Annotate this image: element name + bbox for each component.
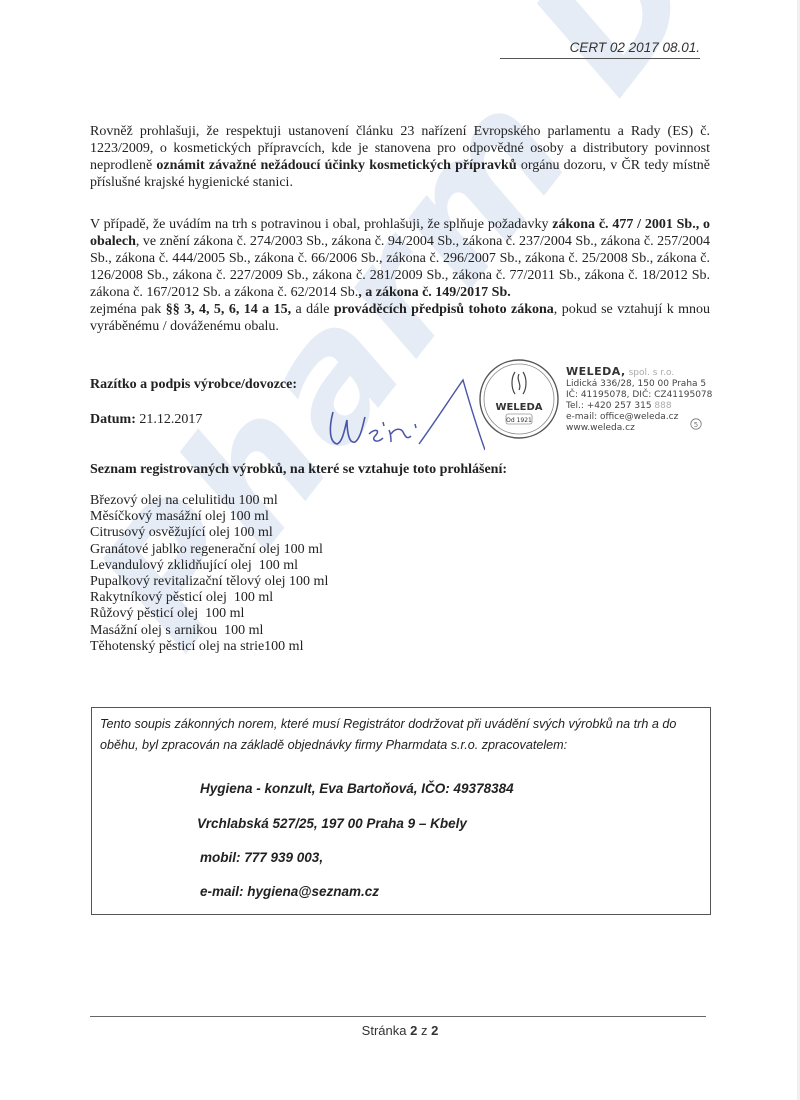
products-heading: Seznam registrovaných výrobků, na které … [90,462,507,478]
document-reference: CERT 02 2017 08.01. [500,40,700,59]
product-list: Březový olej na celulitidu 100 ml Měsíčk… [90,493,328,655]
processor-email: e-mail: hygiena@seznam.cz [200,884,379,899]
processor-notice-box: Tento soupis zákonných norem, které musí… [91,707,711,915]
processor-mobile: mobil: 777 939 003, [200,850,323,865]
svg-text:5: 5 [694,421,698,429]
weleda-logo-stamp: WELEDA Od 1921 [478,358,560,440]
stamp-signature-label: Razítko a podpis výrobce/dovozce: [90,377,297,393]
list-item: Těhotenský pěsticí olej na strie100 ml [90,639,328,655]
date-field: Datum: 21.12.2017 [90,412,202,428]
list-item: Březový olej na celulitidu 100 ml [90,493,328,509]
paragraph-cosmetics-declaration: Rovněž prohlašuji, že respektuji ustanov… [90,123,710,191]
paragraph-packaging-declaration: V případě, že uvádím na trh s potravinou… [90,216,710,335]
list-item: Levandulový zklidňující olej 100 ml [90,558,328,574]
emphasis-report-adverse-effects: oznámit závažné nežádoucí účinky kosmeti… [156,158,516,173]
notice-intro: Tento soupis zákonných norem, které musí… [100,714,705,756]
svg-text:WELEDA: WELEDA [495,402,542,413]
footer-divider [90,1016,706,1017]
stamp-ids: IČ: 41195078, DIČ: CZ41195078 [566,390,712,401]
list-item: Granátové jablko regenerační olej 100 ml [90,542,328,558]
handwritten-signature [325,372,485,462]
date-value: 21.12.2017 [139,412,202,427]
processor-name: Hygiena - konzult, Eva Bartoňová, IČO: 4… [200,781,514,796]
processor-address: Vrchlabská 527/25, 197 00 Praha 9 – Kbel… [197,816,467,831]
list-item: Rakytníkový pěsticí olej 100 ml [90,590,328,606]
stamp-company-name: WELEDA, [566,365,626,378]
list-item: Masážní olej s arnikou 100 ml [90,623,328,639]
page-number: Stránka 2 z 2 [0,1023,800,1038]
list-item: Měsíčkový masážní olej 100 ml [90,509,328,525]
stamp-number-badge: 5 [690,418,702,430]
list-item: Citrusový osvěžující olej 100 ml [90,525,328,541]
list-item: Růžový pěsticí olej 100 ml [90,606,328,622]
list-item: Pupalkový revitalizační tělový olej 100 … [90,574,328,590]
stamp-address: Lidická 336/28, 150 00 Praha 5 [566,379,712,390]
svg-text:Od 1921: Od 1921 [506,417,532,424]
stamp-phone: Tel.: +420 257 315 888 [566,401,712,412]
